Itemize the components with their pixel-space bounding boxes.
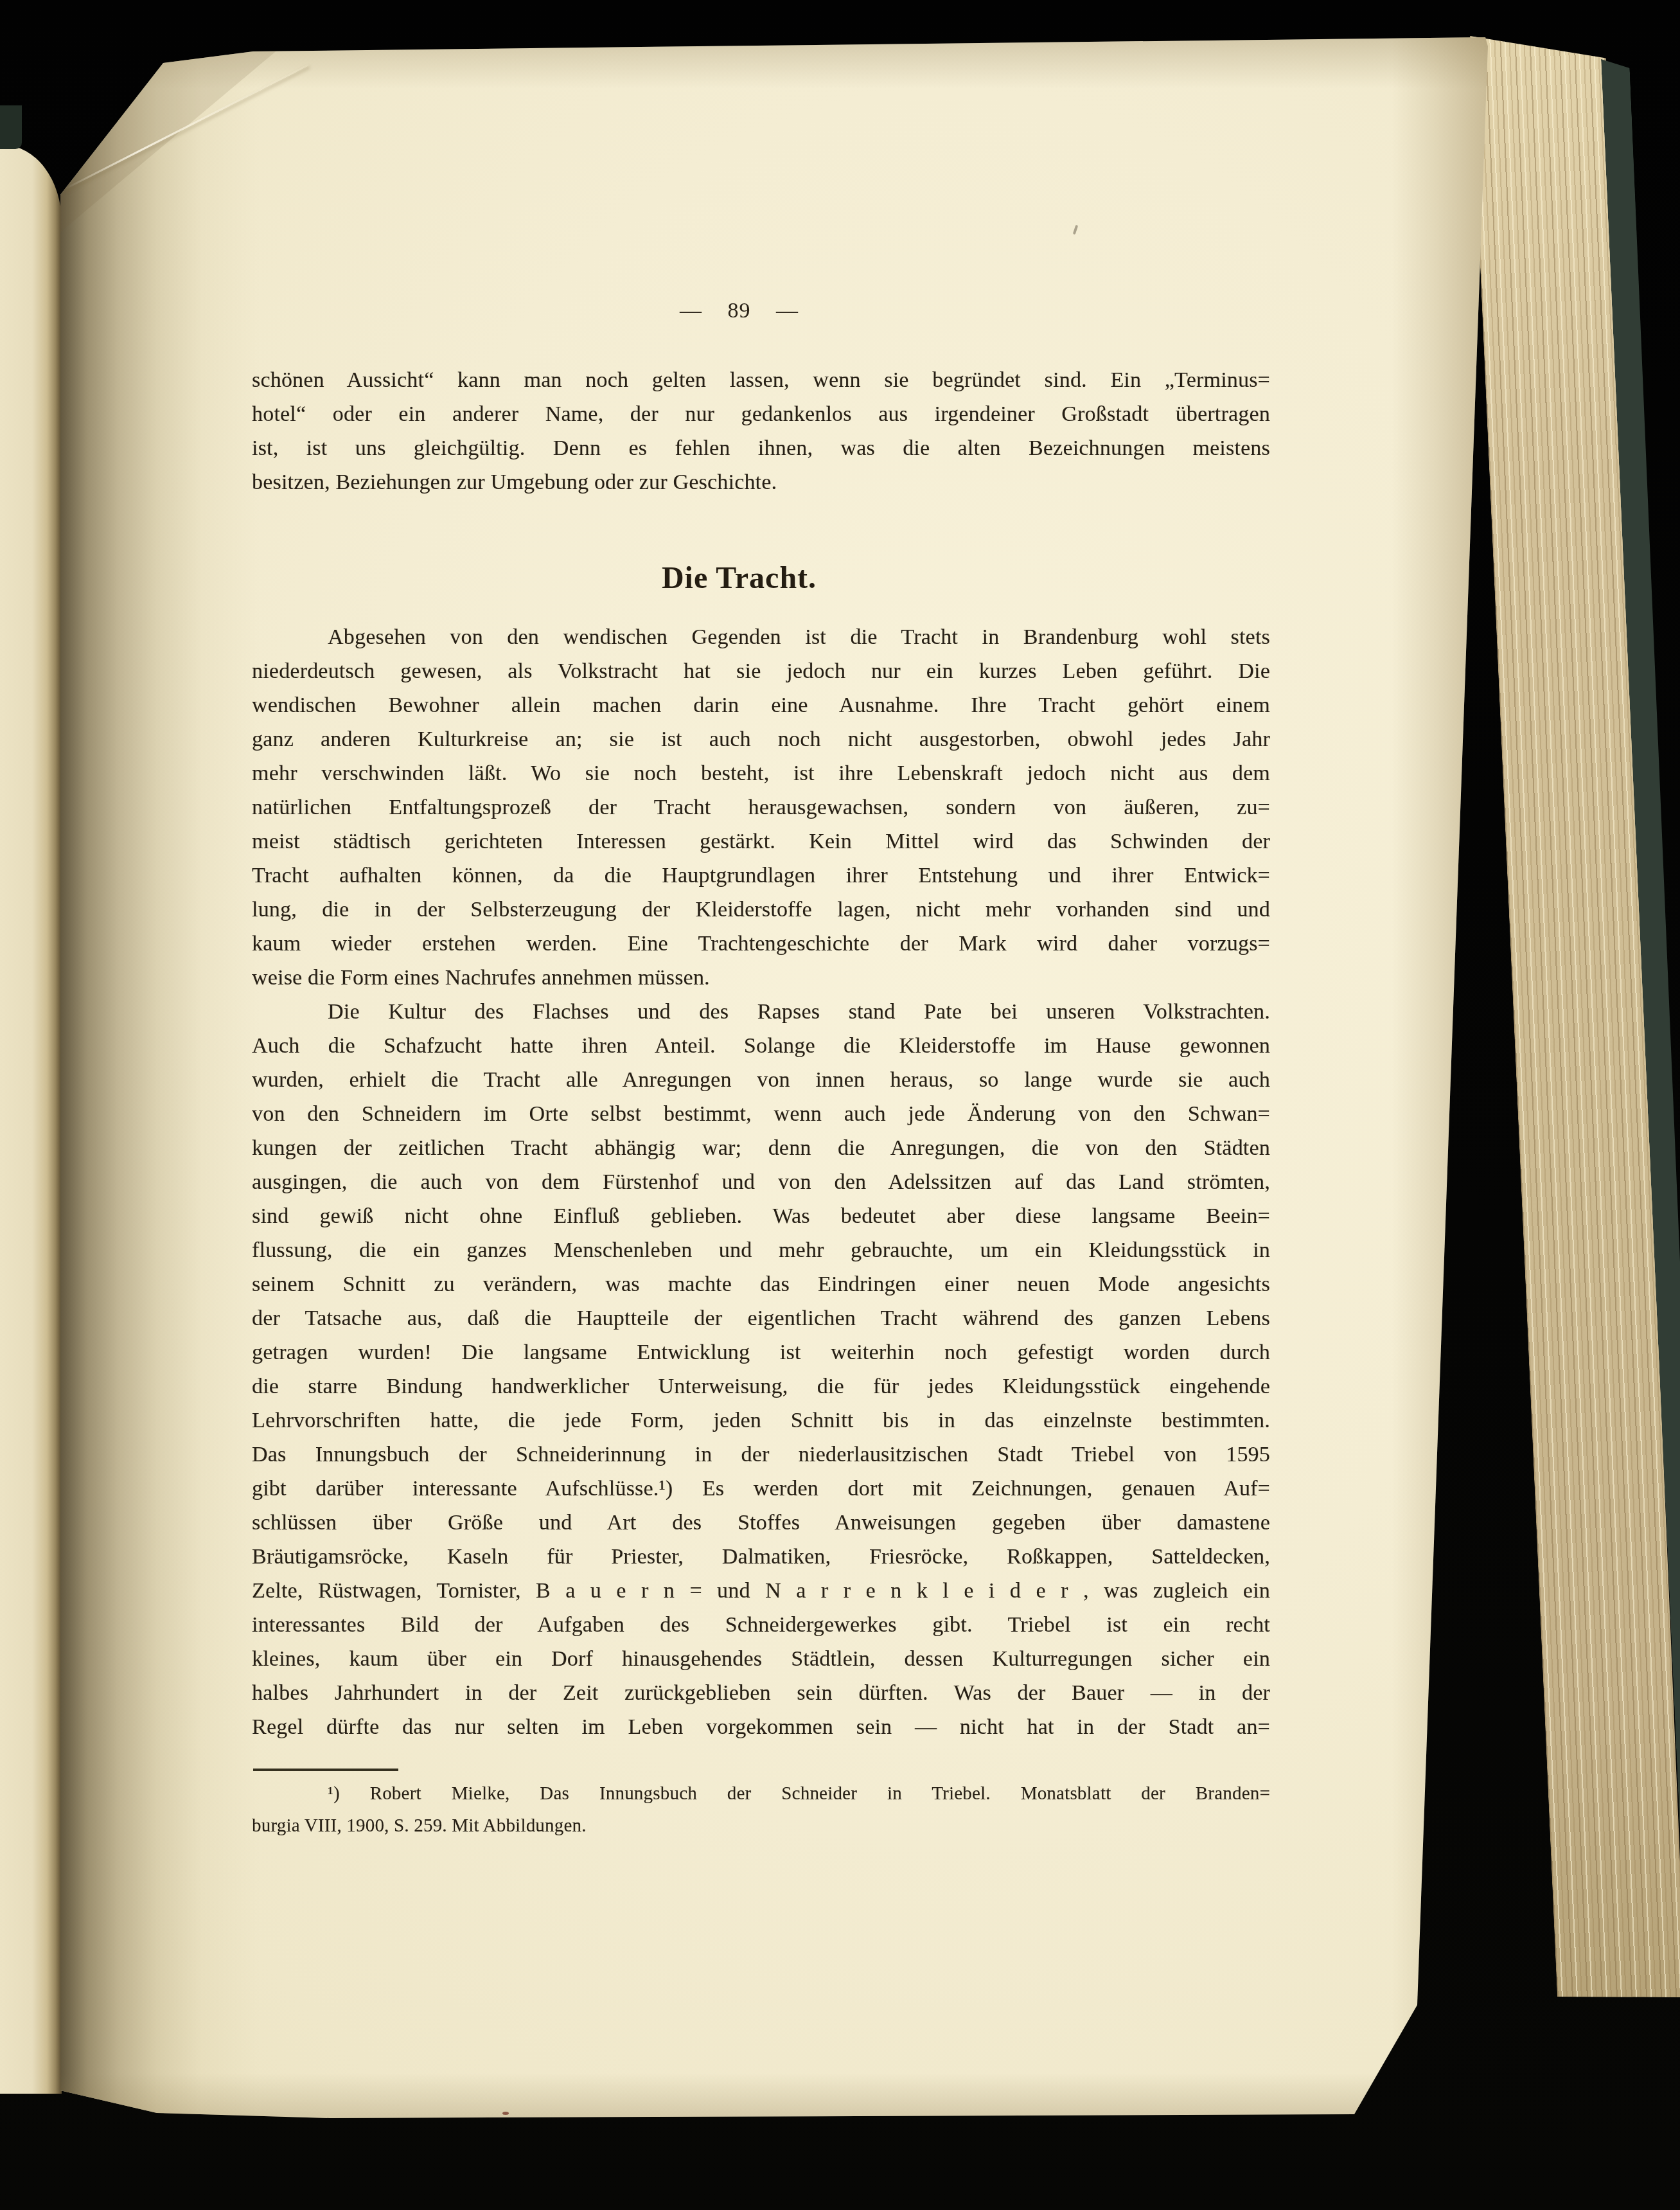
page-curve-shadow: [1392, 37, 1488, 2118]
text-line: gibt darüber interessante Aufschlüsse.¹)…: [252, 1472, 1270, 1506]
book-page: — 89 — schönen Aussicht“ kann man noch g…: [60, 37, 1488, 2118]
footnote: ¹) Robert Mielke, Das Innungsbuch der Sc…: [252, 1778, 1270, 1842]
paragraph-continuation: schönen Aussicht“ kann man noch gelten l…: [252, 363, 1270, 499]
text-line: Die Kultur des Flachses und des Rapses s…: [252, 995, 1270, 1029]
text-line: getragen wurden! Die langsame Entwicklun…: [252, 1335, 1270, 1369]
dust-speck: [502, 2112, 509, 2115]
section-heading: Die Tracht.: [252, 557, 1270, 600]
text-line: Das Innungsbuch der Schneiderinnung in d…: [252, 1438, 1270, 1472]
text-line: mehr verschwinden läßt. Wo sie noch best…: [252, 756, 1270, 790]
dust-speck: [1073, 225, 1078, 235]
text-line: kaum wieder erstehen werden. Eine Tracht…: [252, 927, 1270, 961]
text-line: wurden, erhielt die Tracht alle Anregung…: [252, 1063, 1270, 1097]
text-line: Bräutigamsröcke, Kaseln für Priester, Da…: [252, 1540, 1270, 1574]
text-line: interessantes Bild der Aufgaben des Schn…: [252, 1608, 1270, 1642]
text-line: wendischen Bewohner allein machen darin …: [252, 688, 1270, 722]
text-line: Regel dürfte das nur selten im Leben vor…: [252, 1710, 1270, 1744]
text-line: halbes Jahrhundert in der Zeit zurückgeb…: [252, 1676, 1270, 1710]
text-line: natürlichen Entfaltungsprozeß der Tracht…: [252, 790, 1270, 824]
text-line: Auch die Schafzucht hatte ihren Anteil. …: [252, 1029, 1270, 1063]
text-line: meist städtisch gerichteten Interessen g…: [252, 824, 1270, 859]
paragraph: Die Kultur des Flachses und des Rapses s…: [252, 995, 1270, 1744]
page-number: — 89 —: [252, 293, 1270, 329]
text-line: flussung, die ein ganzes Menschenleben u…: [252, 1233, 1270, 1267]
footnote-separator: [253, 1769, 398, 1771]
text-line: lung, die in der Selbsterzeugung der Kle…: [252, 893, 1270, 927]
text-line: schönen Aussicht“ kann man noch gelten l…: [252, 363, 1270, 397]
text-line: von den Schneidern im Orte selbst bestim…: [252, 1097, 1270, 1131]
text-line: ausgingen, die auch von dem Fürstenhof u…: [252, 1165, 1270, 1199]
text-line: schlüssen über Größe und Art des Stoffes…: [252, 1506, 1270, 1540]
page-bottom-shadow: [60, 2073, 1488, 2118]
text-line: ist, ist uns gleichgültig. Denn es fehle…: [252, 431, 1270, 465]
gutter-shadow: [60, 37, 260, 2118]
text-line: burgia VIII, 1900, S. 259. Mit Abbildung…: [252, 1810, 1270, 1842]
text-line: Zelte, Rüstwagen, Tornister, B a u e r n…: [252, 1574, 1270, 1608]
text-line: kleines, kaum über ein Dorf hinausgehend…: [252, 1642, 1270, 1676]
text-line: der Tatsache aus, daß die Hauptteile der…: [252, 1301, 1270, 1335]
photo-background: — 89 — schönen Aussicht“ kann man noch g…: [0, 0, 1680, 2210]
text-line: seinem Schnitt zu verändern, was machte …: [252, 1267, 1270, 1301]
text-line: Lehrvorschriften hatte, die jede Form, j…: [252, 1404, 1270, 1438]
text-line: Tracht aufhalten können, da die Hauptgru…: [252, 859, 1270, 893]
text-line: besitzen, Beziehungen zur Umgebung oder …: [252, 465, 1270, 499]
text-line: die starre Bindung handwerklicher Unterw…: [252, 1369, 1270, 1404]
text-line: hotel“ oder ein anderer Name, der nur ge…: [252, 397, 1270, 431]
text-line: Abgesehen von den wendischen Gegenden is…: [252, 620, 1270, 654]
text-line: ganz anderen Kulturkreise an; sie ist au…: [252, 722, 1270, 756]
text-line: weise die Form eines Nachrufes annehmen …: [252, 961, 1270, 995]
text-line: niederdeutsch gewesen, als Volkstracht h…: [252, 654, 1270, 688]
book-cover-corner-top-left: [0, 105, 22, 149]
text-line: ¹) Robert Mielke, Das Innungsbuch der Sc…: [252, 1778, 1270, 1810]
text-line: sind gewiß nicht ohne Einfluß geblieben.…: [252, 1199, 1270, 1233]
paragraph: Abgesehen von den wendischen Gegenden is…: [252, 620, 1270, 995]
text-line: kungen der zeitlichen Tracht abhängig wa…: [252, 1131, 1270, 1165]
facing-page-edge: [0, 145, 62, 2094]
